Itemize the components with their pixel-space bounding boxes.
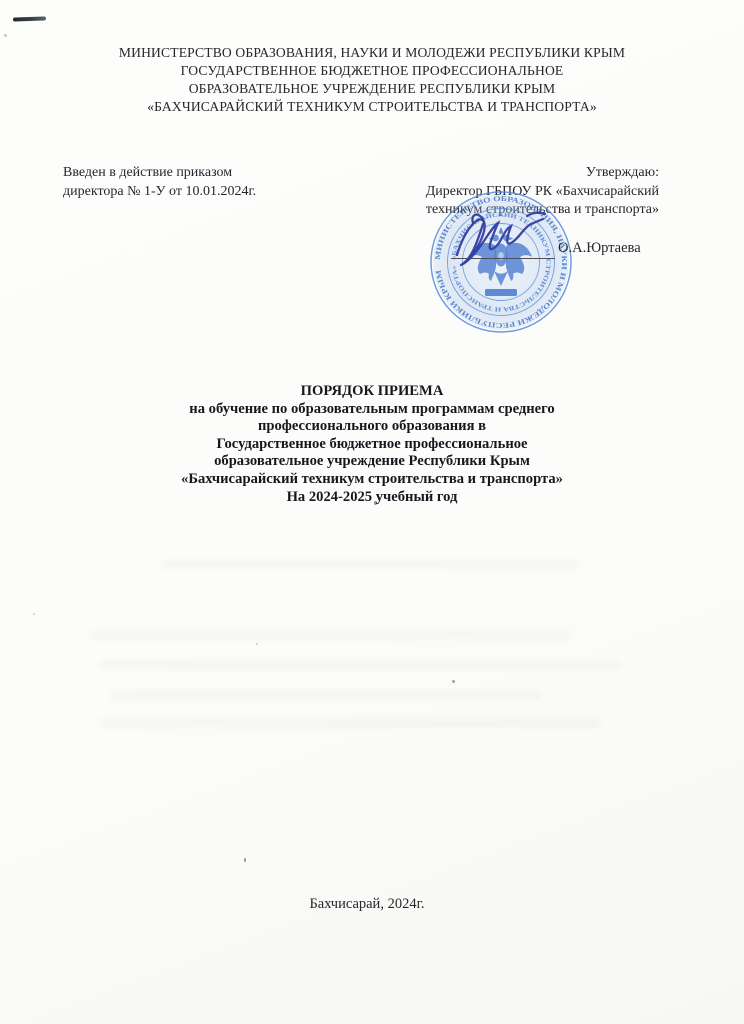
header-line: «БАХЧИСАРАЙСКИЙ ТЕХНИКУМ СТРОИТЕЛЬСТВА И…: [30, 98, 714, 116]
signatory-name: О.А.Юртаева: [558, 240, 641, 257]
scan-speck: [256, 643, 258, 645]
header-line: МИНИСТЕРСТВО ОБРАЗОВАНИЯ, НАУКИ И МОЛОДЕ…: [30, 44, 714, 62]
document-page: МИНИСТЕРСТВО ОБРАЗОВАНИЯ, НАУКИ И МОЛОДЕ…: [0, 0, 744, 1024]
approve-label: Утверждаю:: [339, 164, 659, 183]
bleed-through: [160, 560, 580, 569]
order-line: директора № 1-У от 10.01.2024г.: [63, 183, 256, 202]
title-line: Государственное бюджетное профессиональн…: [40, 436, 704, 454]
scan-speck: [452, 680, 455, 683]
footer-city-year: Бахчисарай, 2024г.: [0, 896, 734, 913]
title-line: ПОРЯДОК ПРИЕМА: [40, 383, 704, 401]
bleed-through: [100, 660, 620, 670]
bleed-through: [90, 630, 570, 640]
title-line: На 2024-2025 учебный год: [40, 489, 704, 507]
header-line: ОБРАЗОВАТЕЛЬНОЕ УЧРЕЖДЕНИЕ РЕСПУБЛИКИ КР…: [30, 80, 714, 98]
order-line: Введен в действие приказом: [63, 164, 256, 183]
signature-scribble: [437, 208, 572, 270]
scan-speck: [33, 613, 35, 615]
document-title: ПОРЯДОК ПРИЕМА на обучение по образовате…: [40, 383, 704, 506]
scan-artifact-line: [13, 16, 46, 21]
title-line: профессионального образования в: [40, 418, 704, 436]
ministry-header: МИНИСТЕРСТВО ОБРАЗОВАНИЯ, НАУКИ И МОЛОДЕ…: [30, 44, 714, 116]
bleed-through: [110, 690, 540, 700]
title-line: на обучение по образовательным программа…: [40, 401, 704, 419]
order-introduction-block: Введен в действие приказом директора № 1…: [63, 164, 256, 201]
title-line: образовательное учреждение Республики Кр…: [40, 453, 704, 471]
scan-speck: [244, 858, 246, 862]
header-line: ГОСУДАРСТВЕННОЕ БЮДЖЕТНОЕ ПРОФЕССИОНАЛЬН…: [30, 62, 714, 80]
title-line: «Бахчисарайский техникум строительства и…: [40, 471, 704, 489]
scan-speck: [4, 34, 7, 37]
bleed-through: [100, 718, 600, 728]
